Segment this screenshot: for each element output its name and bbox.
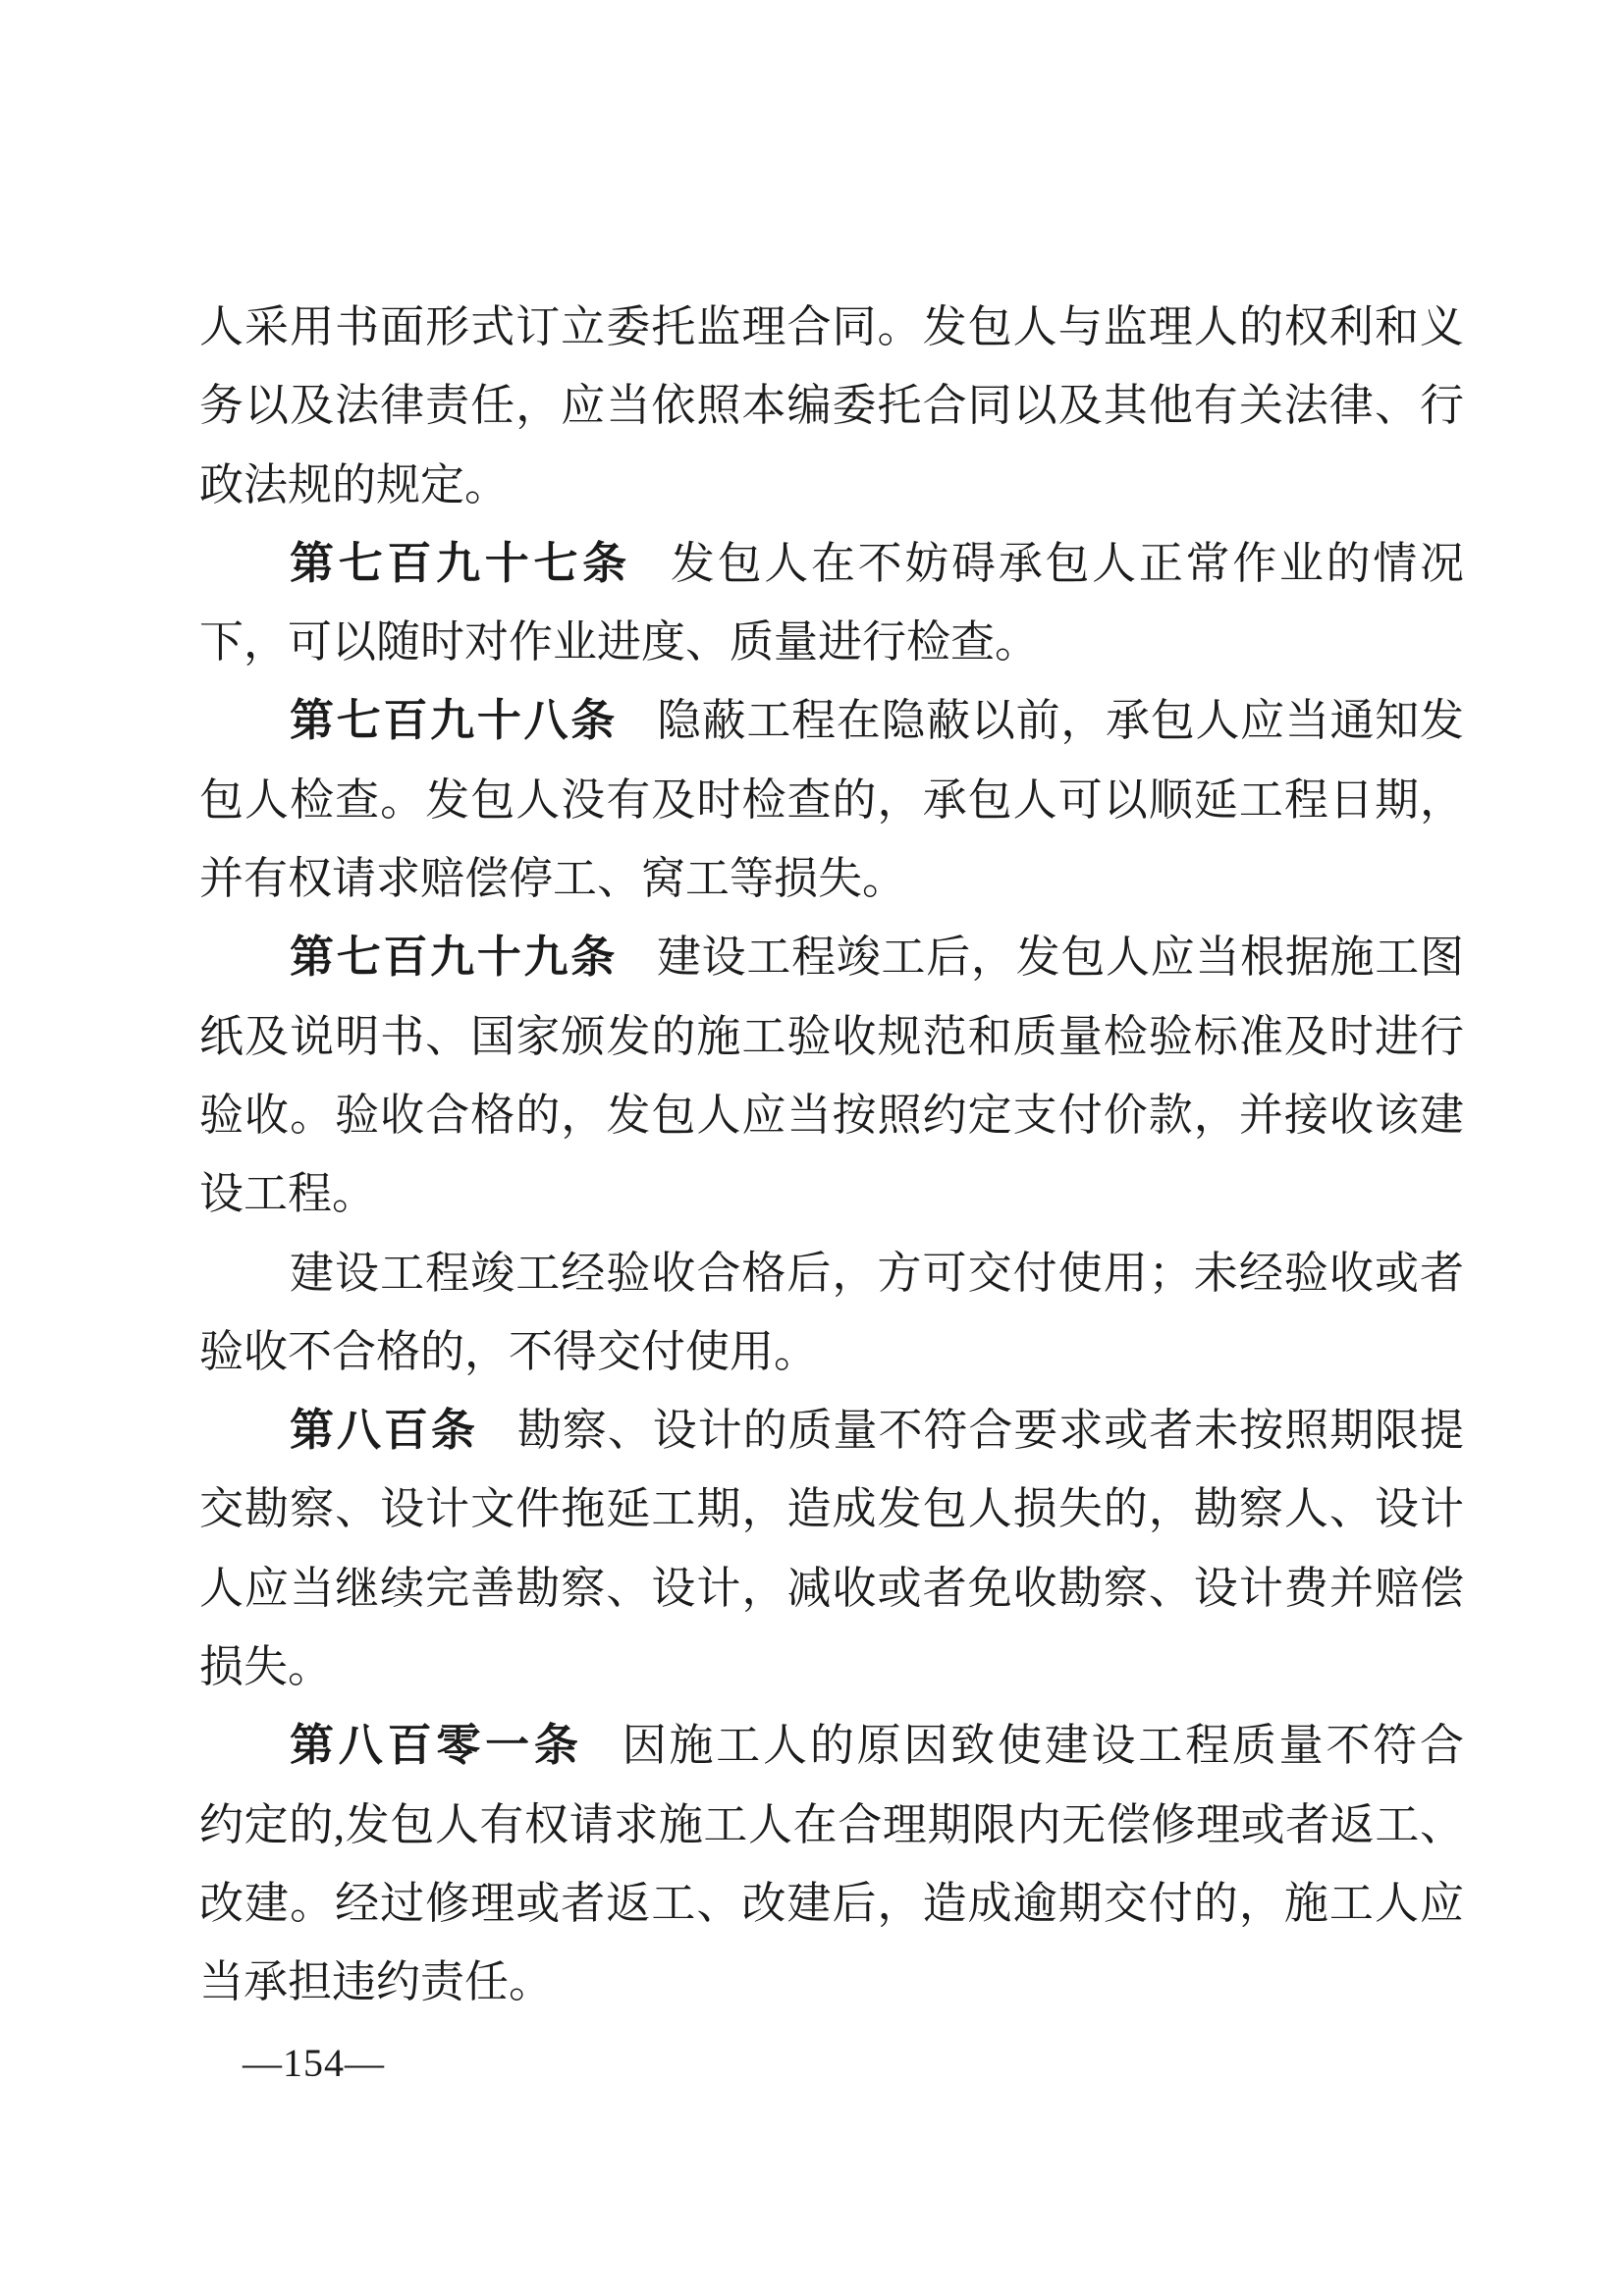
text-line: 损失。 — [199, 1628, 1464, 1706]
text-line: 第七百九十七条发包人在不妨碍承包人正常作业的情况 — [199, 524, 1464, 603]
article-number: 第八百条 — [290, 1405, 478, 1455]
line-text: 并有权请求赔偿停工、窝工等损失。 — [199, 854, 906, 903]
line-text: 建设工程竣工后，发包人应当根据施工图 — [657, 933, 1464, 982]
page-number: —154— — [243, 2040, 385, 2086]
line-text: 务以及法律责任，应当依照本编委托合同以及其他有关法律、行 — [199, 381, 1464, 430]
text-line: 建设工程竣工经验收合格后，方可交付使用；未经验收或者 — [199, 1234, 1464, 1312]
line-text: 发包人在不妨碍承包人正常作业的情况 — [671, 539, 1464, 588]
text-line: 第八百零一条因施工人的原因致使建设工程质量不符合 — [199, 1706, 1464, 1785]
line-text: 验收不合格的，不得交付使用。 — [199, 1327, 818, 1376]
line-text: 纸及说明书、国家颁发的施工验收规范和质量检验标准及时进行 — [199, 1012, 1464, 1061]
line-text: 下，可以随时对作业进度、质量进行检查。 — [199, 617, 1039, 667]
line-text: 当承担违约责任。 — [199, 1957, 553, 2006]
text-line: 并有权请求赔偿停工、窝工等损失。 — [199, 839, 1464, 918]
text-line: 务以及法律责任，应当依照本编委托合同以及其他有关法律、行 — [199, 366, 1464, 445]
text-line: 人采用书面形式订立委托监理合同。发包人与监理人的权利和义 — [199, 288, 1464, 366]
text-line: 当承担违约责任。 — [199, 1943, 1464, 2021]
document-body: 人采用书面形式订立委托监理合同。发包人与监理人的权利和义 务以及法律责任，应当依… — [199, 288, 1464, 2022]
text-line: 验收。验收合格的，发包人应当按照约定支付价款，并接收该建 — [199, 1076, 1464, 1154]
text-line: 人应当继续完善勘察、设计，减收或者免收勘察、设计费并赔偿 — [199, 1549, 1464, 1628]
text-line: 政法规的规定。 — [199, 446, 1464, 524]
line-text: 建设工程竣工经验收合格后，方可交付使用；未经验收或者 — [290, 1249, 1464, 1298]
text-line: 改建。经过修理或者返工、改建后，造成逾期交付的，施工人应 — [199, 1864, 1464, 1943]
line-text: 交勘察、设计文件拖延工期，造成发包人损失的，勘察人、设计 — [199, 1484, 1464, 1533]
text-line: 下，可以随时对作业进度、质量进行检查。 — [199, 603, 1464, 681]
line-text: 改建。经过修理或者返工、改建后，造成逾期交付的，施工人应 — [199, 1879, 1464, 1928]
article-number: 第七百九十七条 — [290, 538, 631, 588]
line-text: 人应当继续完善勘察、设计，减收或者免收勘察、设计费并赔偿 — [199, 1564, 1464, 1613]
article-number: 第七百九十九条 — [290, 932, 618, 982]
article-number: 第八百零一条 — [290, 1720, 583, 1770]
line-text: 因施工人的原因致使建设工程质量不符合 — [623, 1721, 1464, 1770]
text-line: 设工程。 — [199, 1154, 1464, 1233]
line-text: 设工程。 — [199, 1169, 376, 1218]
article-number: 第七百九十八条 — [290, 695, 618, 745]
line-text: 约定的,发包人有权请求施工人在合理期限内无偿修理或者返工、 — [199, 1800, 1464, 1849]
text-line: 第七百九十八条隐蔽工程在隐蔽以前，承包人应当通知发 — [199, 681, 1464, 760]
line-text: 损失。 — [199, 1642, 332, 1691]
line-text: 人采用书面形式订立委托监理合同。发包人与监理人的权利和义 — [199, 302, 1464, 351]
line-text: 包人检查。发包人没有及时检查的，承包人可以顺延工程日期， — [199, 775, 1464, 825]
line-text: 政法规的规定。 — [199, 460, 509, 509]
line-text: 隐蔽工程在隐蔽以前，承包人应当通知发 — [657, 696, 1464, 745]
text-line: 约定的,发包人有权请求施工人在合理期限内无偿修理或者返工、 — [199, 1786, 1464, 1864]
text-line: 包人检查。发包人没有及时检查的，承包人可以顺延工程日期， — [199, 761, 1464, 839]
text-line: 第八百条勘察、设计的质量不符合要求或者未按照期限提 — [199, 1391, 1464, 1469]
line-text: 勘察、设计的质量不符合要求或者未按照期限提 — [517, 1406, 1464, 1455]
text-line: 交勘察、设计文件拖延工期，造成发包人损失的，勘察人、设计 — [199, 1469, 1464, 1548]
text-line: 第七百九十九条建设工程竣工后，发包人应当根据施工图 — [199, 918, 1464, 996]
line-text: 验收。验收合格的，发包人应当按照约定支付价款，并接收该建 — [199, 1091, 1464, 1140]
text-line: 纸及说明书、国家颁发的施工验收规范和质量检验标准及时进行 — [199, 997, 1464, 1076]
text-line: 验收不合格的，不得交付使用。 — [199, 1312, 1464, 1391]
document-page: 人采用书面形式订立委托监理合同。发包人与监理人的权利和义 务以及法律责任，应当依… — [0, 0, 1624, 2296]
